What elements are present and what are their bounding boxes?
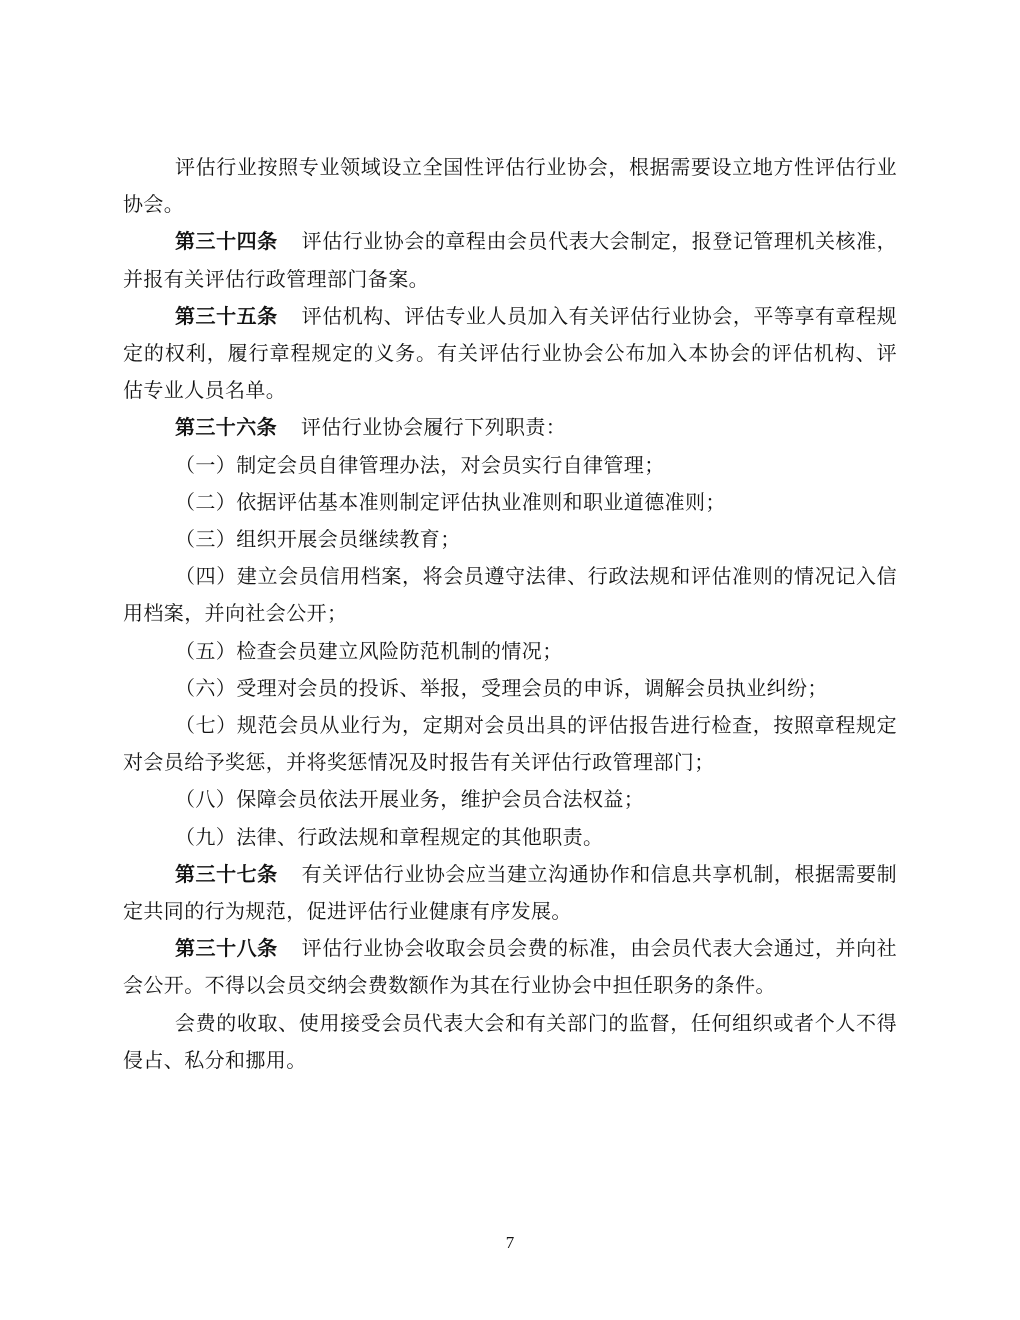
paragraph: 评估行业按照专业领域设立全国性评估行业协会，根据需要设立地方性评估行业协会。	[123, 150, 897, 224]
paragraph-text: （六）受理对会员的投诉、举报，受理会员的申诉，调解会员执业纠纷；	[175, 678, 828, 700]
article-number-34: 第三十四条	[175, 231, 278, 253]
list-item-1: （一）制定会员自律管理办法，对会员实行自律管理；	[123, 448, 897, 485]
paragraph-text: （三）组织开展会员继续教育；	[175, 529, 461, 551]
paragraph-text: （九）法律、行政法规和章程规定的其他职责。	[175, 827, 603, 849]
paragraph-text: （一）制定会员自律管理办法，对会员实行自律管理；	[175, 455, 665, 477]
article-number-36: 第三十六条	[175, 417, 277, 439]
list-item-7: （七）规范会员从业行为，定期对会员出具的评估报告进行检查，按照章程规定对会员给予…	[123, 708, 897, 782]
paragraph: 第三十六条评估行业协会履行下列职责：	[123, 410, 897, 447]
paragraph: 第三十五条评估机构、评估专业人员加入有关评估行业协会，平等享有章程规定的权利，履…	[123, 299, 897, 411]
list-item-6: （六）受理对会员的投诉、举报，受理会员的申诉，调解会员执业纠纷；	[123, 671, 897, 708]
paragraph-text: （五）检查会员建立风险防范机制的情况；	[175, 641, 563, 663]
paragraph-text: （二）依据评估基本准则制定评估执业准则和职业道德准则；	[175, 492, 726, 514]
paragraph-text: 评估行业协会履行下列职责：	[301, 417, 566, 439]
paragraph-text: （八）保障会员依法开展业务，维护会员合法权益；	[175, 789, 644, 811]
list-item-2: （二）依据评估基本准则制定评估执业准则和职业道德准则；	[123, 485, 897, 522]
paragraph-text: （四）建立会员信用档案，将会员遵守法律、行政法规和评估准则的情况记入信用档案，并…	[123, 566, 897, 625]
paragraph-text: 评估行业按照专业领域设立全国性评估行业协会，根据需要设立地方性评估行业协会。	[123, 157, 897, 216]
document-page: 评估行业按照专业领域设立全国性评估行业协会，根据需要设立地方性评估行业协会。 第…	[0, 0, 1020, 1320]
paragraph: 第三十四条评估行业协会的章程由会员代表大会制定，报登记管理机关核准，并报有关评估…	[123, 224, 897, 298]
list-item-8: （八）保障会员依法开展业务，维护会员合法权益；	[123, 782, 897, 819]
article-number-38: 第三十八条	[175, 938, 278, 960]
paragraph-text: 会费的收取、使用接受会员代表大会和有关部门的监督，任何组织或者个人不得侵占、私分…	[123, 1013, 897, 1072]
document-body: 评估行业按照专业领域设立全国性评估行业协会，根据需要设立地方性评估行业协会。 第…	[123, 150, 897, 1080]
paragraph: 第三十七条有关评估行业协会应当建立沟通协作和信息共享机制，根据需要制定共同的行为…	[123, 857, 897, 931]
list-item-9: （九）法律、行政法规和章程规定的其他职责。	[123, 820, 897, 857]
list-item-5: （五）检查会员建立风险防范机制的情况；	[123, 634, 897, 671]
page-number: 7	[0, 1231, 1020, 1255]
article-number-37: 第三十七条	[175, 864, 278, 886]
paragraph: 会费的收取、使用接受会员代表大会和有关部门的监督，任何组织或者个人不得侵占、私分…	[123, 1006, 897, 1080]
list-item-4: （四）建立会员信用档案，将会员遵守法律、行政法规和评估准则的情况记入信用档案，并…	[123, 559, 897, 633]
list-item-3: （三）组织开展会员继续教育；	[123, 522, 897, 559]
paragraph: 第三十八条评估行业协会收取会员会费的标准，由会员代表大会通过，并向社会公开。不得…	[123, 931, 897, 1005]
article-number-35: 第三十五条	[175, 306, 278, 328]
paragraph-text: （七）规范会员从业行为，定期对会员出具的评估报告进行检查，按照章程规定对会员给予…	[123, 715, 897, 774]
